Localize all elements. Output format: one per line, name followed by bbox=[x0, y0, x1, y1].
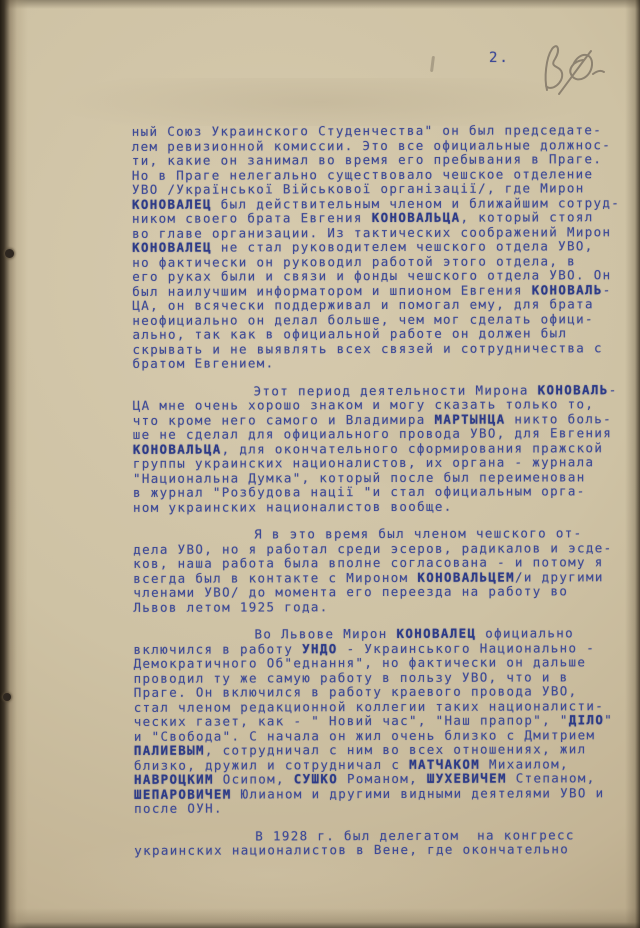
handwritten-annotation bbox=[533, 40, 615, 102]
text-line: членами УВО/ до момента его переезда на … bbox=[133, 584, 635, 600]
text-line: ШЕПАРОВИЧЕМ Юлианом и другими видными де… bbox=[134, 786, 636, 802]
paper-stain-top bbox=[20, 78, 620, 126]
text-line: ном украинских националистов вообще. bbox=[133, 499, 635, 515]
text-line: братом Евгением. bbox=[133, 355, 635, 371]
typewritten-text-block: ный Союз Украинского Студенчества" он бы… bbox=[132, 123, 637, 871]
text-line: Львов летом 1925 года. bbox=[133, 599, 635, 615]
paragraph: Во Львове Мирон КОНОВАЛЕЦ официальновклю… bbox=[133, 626, 636, 816]
scanned-document-page: 2. ный Союз Украинского Студенчества" он… bbox=[0, 0, 640, 928]
text-line: после ОУН. bbox=[134, 800, 636, 816]
punch-hole-bottom bbox=[3, 693, 11, 701]
paragraph: Этот период деятельности Мирона КОНОВАЛЬ… bbox=[133, 383, 635, 515]
text-line: в журнал "Розбудова нації "и стал официа… bbox=[133, 484, 635, 500]
page-number: 2. bbox=[489, 50, 510, 66]
stray-ink-mark bbox=[430, 56, 435, 72]
text-line: украинских националистов в Вене, где око… bbox=[134, 842, 636, 858]
paragraph: В 1928 г. был делегатом на конгрессукраи… bbox=[134, 828, 636, 859]
punch-hole-top bbox=[5, 249, 14, 258]
paragraph: ный Союз Украинского Студенчества" он бы… bbox=[132, 123, 635, 371]
text-line: скрывать и не выявлять всех связей и сот… bbox=[132, 341, 634, 357]
paragraph: Я в это время был членом чешского от-дел… bbox=[133, 526, 635, 615]
